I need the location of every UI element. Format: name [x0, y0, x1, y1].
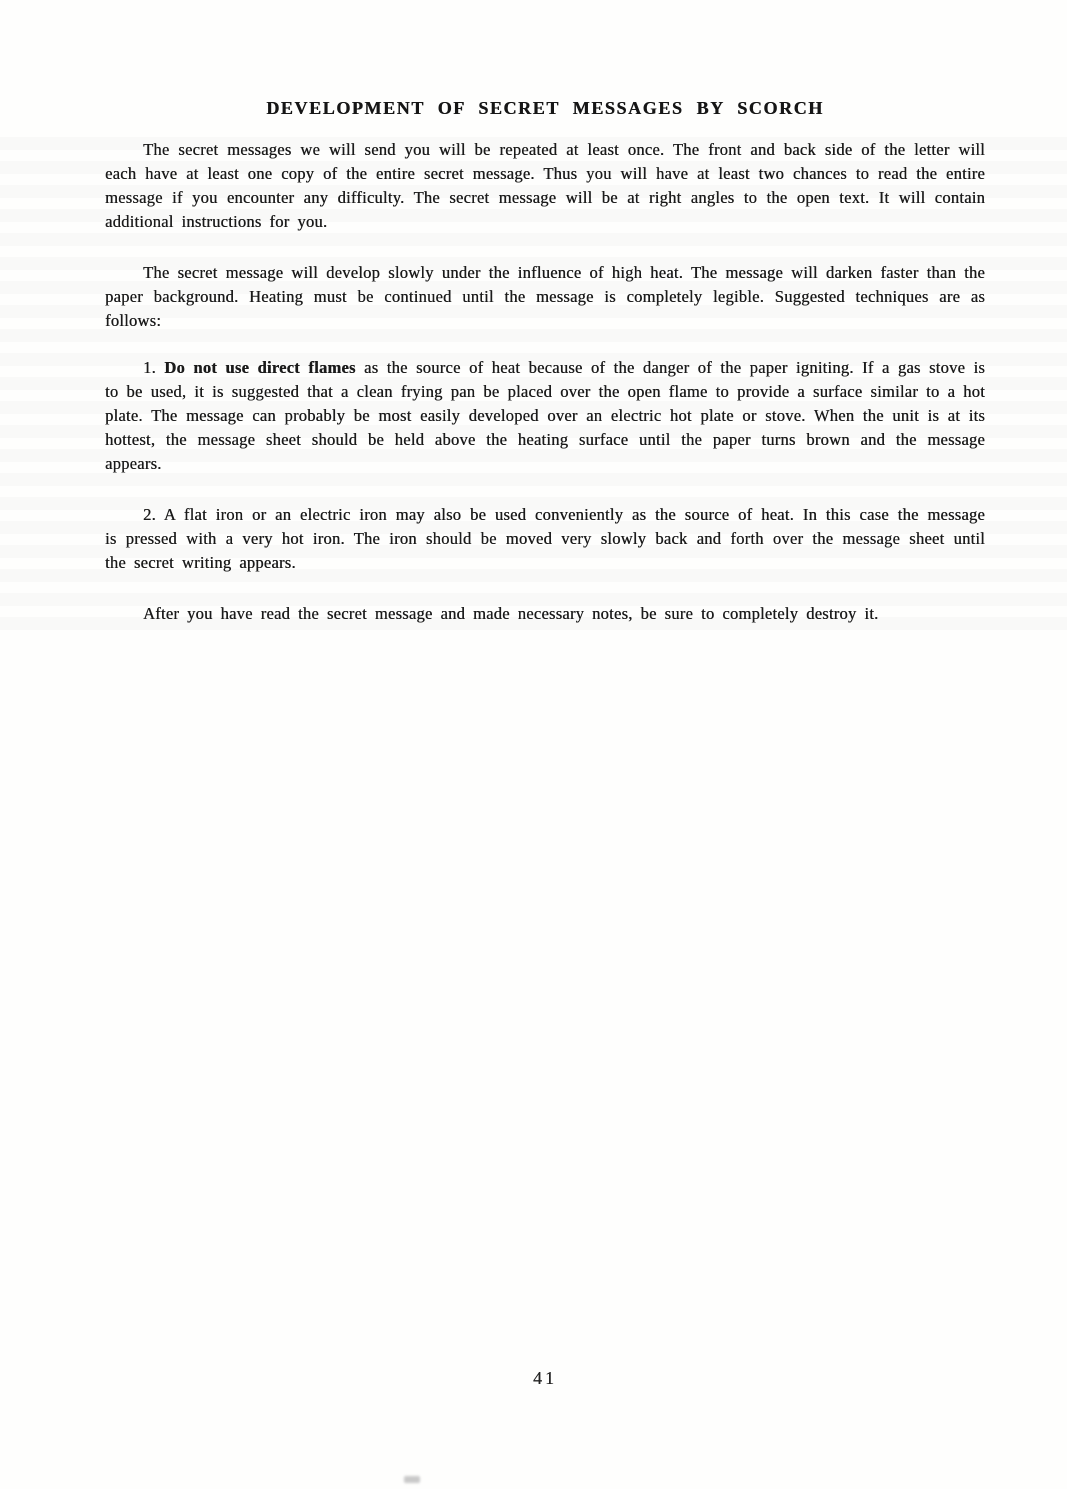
- list-item-1-bold-phrase: Do not use direct flames: [164, 358, 355, 377]
- page-number: 41: [105, 1368, 985, 1389]
- document-body: The secret messages we will send you wil…: [105, 138, 985, 626]
- scan-artifact-smudge: [404, 1476, 420, 1483]
- list-item-2: 2. A flat iron or an electric iron may a…: [105, 503, 985, 575]
- paragraph-intro: The secret messages we will send you wil…: [105, 138, 985, 234]
- paragraph-development: The secret message will develop slowly u…: [105, 261, 985, 333]
- paragraph-closing: After you have read the secret message a…: [105, 602, 985, 626]
- document-title: DEVELOPMENT OF SECRET MESSAGES BY SCORCH: [105, 98, 985, 119]
- list-item-1: 1. Do not use direct flames as the sourc…: [105, 356, 985, 476]
- scanned-document-page: DEVELOPMENT OF SECRET MESSAGES BY SCORCH…: [0, 0, 1067, 1489]
- list-item-1-number: 1.: [143, 358, 164, 377]
